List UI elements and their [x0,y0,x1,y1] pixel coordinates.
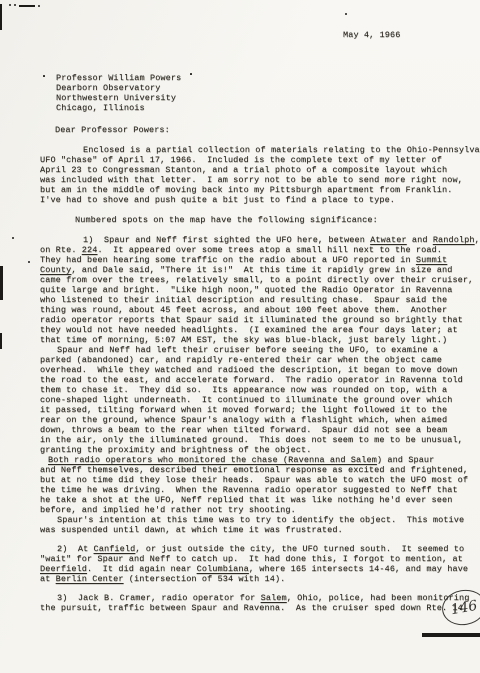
text-line: 2) At Canfield, or just outside the city… [40,544,476,554]
text-line: was included with that letter. I am sorr… [40,175,476,185]
text-line: that time of morning, 5:07 AM EST, the s… [40,335,476,345]
text-line: radio operator reports that Spaur said i… [40,315,476,325]
text-line: 1) Spaur and Neff first sighted the UFO … [40,235,476,245]
text-line: was suspended until dawn, at which time … [40,525,476,535]
scan-artifact [14,4,16,6]
scan-artifact [9,4,11,6]
recipient-address: Professor William PowersDearborn Observa… [56,73,476,113]
text-segment: on Rte. [40,245,82,255]
address-line: Northwestern University [56,93,476,103]
text-line: UFO "chase" of April 17, 1966. Included … [40,155,476,165]
text-line: cone-shaped light underneath. It continu… [40,395,476,405]
paragraph: Enclosed is a partial collection of mate… [40,145,476,205]
letter-body: Enclosed is a partial collection of mate… [40,145,476,613]
address-line: Dearborn Observatory [56,83,476,93]
text-segment: (intersection of 534 with 14). [124,574,286,584]
text-segment: and [407,235,433,245]
underlined-text: 224 [82,245,98,255]
underlined-text: Summit [416,255,447,265]
text-line: parked (abandoned) car, and rapidly re-e… [40,355,476,365]
text-line: quite large and bright. "Like high noon,… [40,285,476,295]
text-line: and Neff themselves, described their emo… [40,465,476,475]
scan-artifact [345,13,347,15]
scan-artifact [12,237,14,239]
text-line: Spaur and Neff had left their cruiser be… [40,345,476,355]
text-line: but am in the middle of moving back into… [40,185,476,195]
page-number: 146 [449,597,478,617]
text-line: overhead. While they watched and radioed… [40,365,476,375]
text-segment: They had been hearing some traffic on th… [40,255,416,265]
text-line: granting the proximity and brightness of… [40,445,476,455]
text-line: the road to the east, and accelerate for… [40,375,476,385]
underlined-text: Both radio operators who monitored the c… [48,455,377,465]
text-segment: at [40,574,56,584]
text-line: rear on the ground, whence Spaur's analo… [40,415,476,425]
text-segment: , and Dale said, "There it is!" At this … [71,265,452,275]
scan-artifact [19,5,35,7]
scanned-letter-page: May 4, 1966 Professor William PowersDear… [0,0,480,673]
text-segment: , where 165 intersects 14-46, and may ha… [249,564,468,574]
text-line: thing was round, about 45 feet across, a… [40,305,476,315]
text-line: he take a shot at the UFO, Neff replied … [40,495,476,505]
scan-artifact [38,5,40,7]
text-line: the time he was driving. When the Ravenn… [40,485,476,495]
text-segment: 2) At [57,544,94,554]
text-line: at Berlin Center (intersection of 534 wi… [40,574,476,584]
text-line: County, and Dale said, "There it is!" At… [40,265,476,275]
text-line: they would not have needed headlights. (… [40,325,476,335]
text-line: who listened to their initial descriptio… [40,295,476,305]
address-line: Professor William Powers [56,73,476,83]
text-line: but at no time did they lose their heads… [40,475,476,485]
scan-artifact [0,266,3,300]
text-segment: , or just outside the city, the UFO turn… [135,544,464,554]
underlined-text: Atwater [370,235,407,245]
text-line: the pursuit, traffic between Spaur and R… [40,603,476,613]
text-line: 3) Jack B. Cramer, radio operator for Sa… [40,593,476,603]
text-line: it passed, tilting forward when it moved… [40,405,476,415]
letter-date: May 4, 1966 [343,30,476,40]
text-line: Numbered spots on the map have the follo… [40,215,476,225]
paragraph: 3) Jack B. Cramer, radio operator for Sa… [40,593,476,613]
text-line: Enclosed is a partial collection of mate… [40,145,476,155]
text-line: They had been hearing some traffic on th… [40,255,476,265]
paragraph: Numbered spots on the map have the follo… [40,215,476,225]
text-line: in the air, only the illuminated ground.… [40,435,476,445]
underlined-text: Salem [261,593,287,603]
text-segment: . It appeared over some trees atop a sma… [97,245,442,255]
text-line: I've had to shove and push quite a bit j… [40,195,476,205]
scan-artifact [422,633,480,637]
text-segment: . It did again near [87,564,197,574]
paragraph: Spaur and Neff had left their cruiser be… [40,345,476,455]
text-segment: ) and Spaur [377,455,434,465]
underlined-text: County [40,265,71,275]
underlined-text: Berlin Center [56,574,124,584]
underlined-text: Randolph [433,235,475,245]
text-line: Both radio operators who monitored the c… [40,455,476,465]
text-line: them to chase it. They did so. Its appea… [40,385,476,395]
text-segment: , [475,235,480,245]
underlined-text: Canfield [94,544,136,554]
paragraph: 1) Spaur and Neff first sighted the UFO … [40,235,476,345]
paragraph: Spaur's intention at this time was to tr… [40,515,476,535]
letter-content: May 4, 1966 Professor William PowersDear… [40,30,476,613]
scan-artifact [28,261,30,263]
text-line: before, and implied he'd rather not try … [40,505,476,515]
text-line: came from over the trees, relatively sma… [40,275,476,285]
paragraph: 2) At Canfield, or just outside the city… [40,544,476,584]
underlined-text: Deerfield [40,564,87,574]
text-segment: 1) Spaur and Neff first sighted the UFO … [83,235,370,245]
text-line: "wait" for Spaur and Neff to catch up. I… [40,554,476,564]
text-segment: , Ohio, police, had been monitoring [287,593,470,603]
text-line: on Rte. 224. It appeared over some trees… [40,245,476,255]
text-line: April 23 to Congressman Stanton, and a t… [40,165,476,175]
text-segment: 3) Jack B. Cramer, radio operator for [57,593,261,603]
text-line: down, throws a beam to the rear when til… [40,425,476,435]
scan-artifact [0,4,2,30]
text-line: Deerfield. It did again near Columbiana,… [40,564,476,574]
text-line: Spaur's intention at this time was to tr… [40,515,476,525]
salutation: Dear Professor Powers: [55,125,476,135]
paragraph: Both radio operators who monitored the c… [40,455,476,515]
address-line: Chicago, Illinois [56,103,476,113]
scan-artifact [0,333,2,349]
underlined-text: Columbiana [197,564,249,574]
